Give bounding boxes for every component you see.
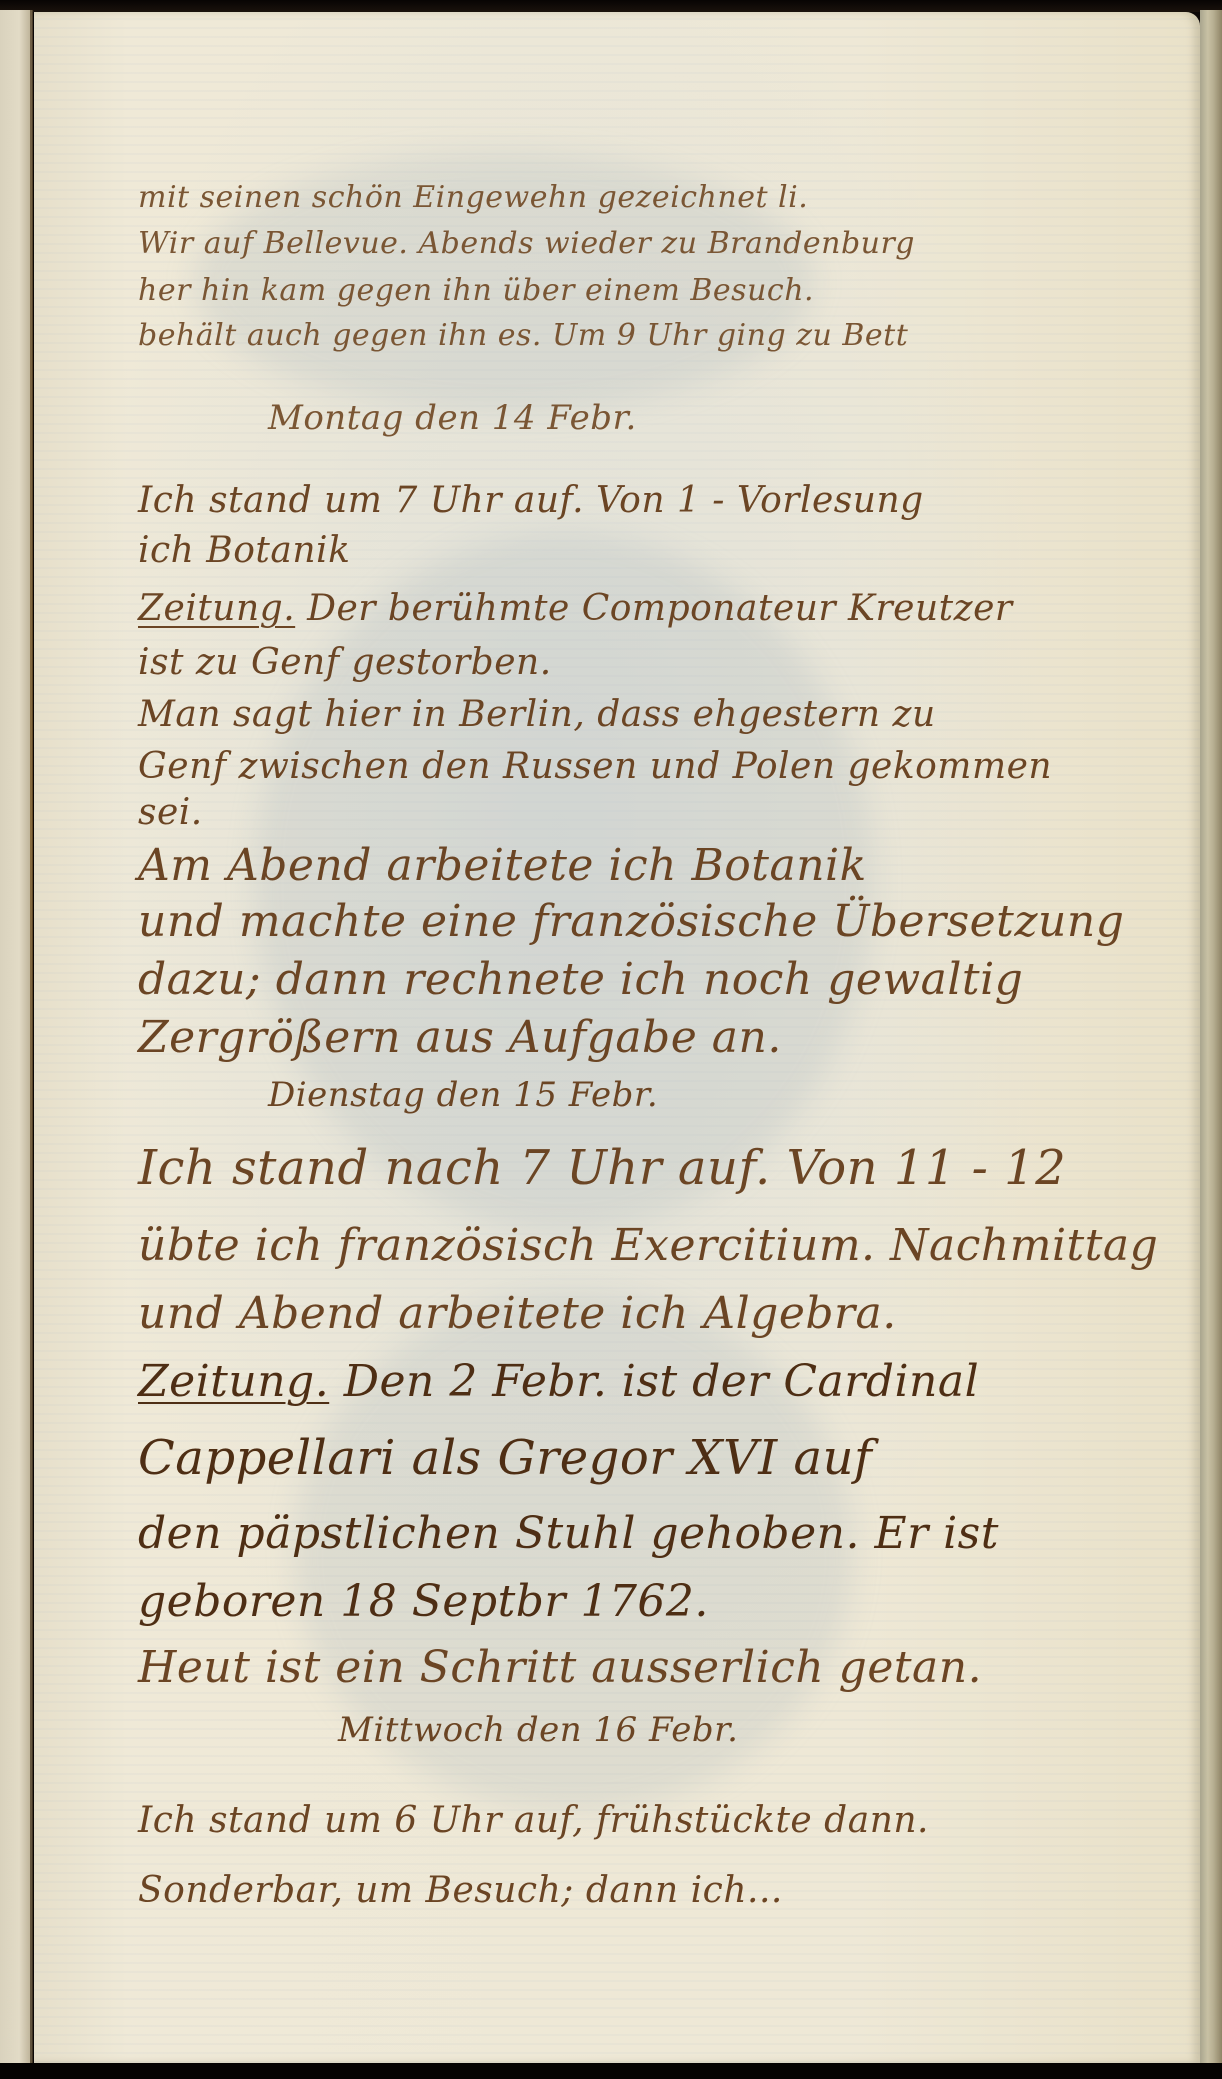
text-line: Man sagt hier in Berlin, dass ehgestern … xyxy=(138,694,936,735)
text-line: Cappellari als Gregor XVI auf xyxy=(138,1430,872,1486)
text-line: Zeitung. Den 2 Febr. ist der Cardinal xyxy=(138,1356,979,1407)
text-line: mit seinen schön Eingewehn gezeichnet li… xyxy=(138,180,808,215)
page-stack-edge xyxy=(1200,10,1222,2063)
text-line: behält auch gegen ihn es. Um 9 Uhr ging … xyxy=(138,318,908,353)
text-line: Zeitung. Der berühmte Componateur Kreutz… xyxy=(138,588,1013,629)
scan-bottom-edge xyxy=(0,2063,1222,2079)
date-heading: Montag den 14 Febr. xyxy=(268,398,637,438)
text-line: Ich stand nach 7 Uhr auf. Von 11 - 12 xyxy=(138,1140,1066,1196)
text-line: Wir auf Bellevue. Abends wieder zu Brand… xyxy=(138,226,915,261)
text-line: ich Botanik xyxy=(138,530,350,571)
text-line: und Abend arbeitete ich Algebra. xyxy=(138,1288,897,1339)
text-line: Ich stand um 7 Uhr auf. Von 1 - Vorlesun… xyxy=(138,480,924,521)
binding-gutter xyxy=(30,10,33,2063)
text-line: her hin kam gegen ihn über einem Besuch. xyxy=(138,273,814,308)
date-heading: Mittwoch den 16 Febr. xyxy=(338,1710,738,1750)
scan-top-edge xyxy=(0,0,1222,12)
text-line: dazu; dann rechnete ich noch gewaltig xyxy=(138,954,1023,1005)
text-line: Genf zwischen den Russen und Polen gekom… xyxy=(138,746,1052,787)
underlined-label: Zeitung. xyxy=(138,588,295,629)
date-heading: Dienstag den 15 Febr. xyxy=(268,1075,658,1115)
underlined-label: Zeitung. xyxy=(138,1356,329,1407)
text-line: den päpstlichen Stuhl gehoben. Er ist xyxy=(138,1508,999,1559)
text-line: Am Abend arbeitete ich Botanik xyxy=(138,840,867,891)
text-line: ist zu Genf gestorben. xyxy=(138,642,552,683)
text-line: sei. xyxy=(138,792,203,833)
text-line: Ich stand um 6 Uhr auf, frühstückte dann… xyxy=(138,1800,929,1841)
text-line: Heut ist ein Schritt ausserlich getan. xyxy=(138,1642,982,1693)
previous-page-edge xyxy=(0,10,32,2063)
text-line: und machte eine französische Übersetzung xyxy=(138,896,1124,947)
text-line: Zergrößern aus Aufgabe an. xyxy=(138,1012,782,1063)
text-line: geboren 18 Septbr 1762. xyxy=(138,1576,709,1627)
text-line: Sonderbar, um Besuch; dann ich... xyxy=(138,1870,783,1911)
text-line: übte ich französisch Exercitium. Nachmit… xyxy=(138,1220,1158,1271)
